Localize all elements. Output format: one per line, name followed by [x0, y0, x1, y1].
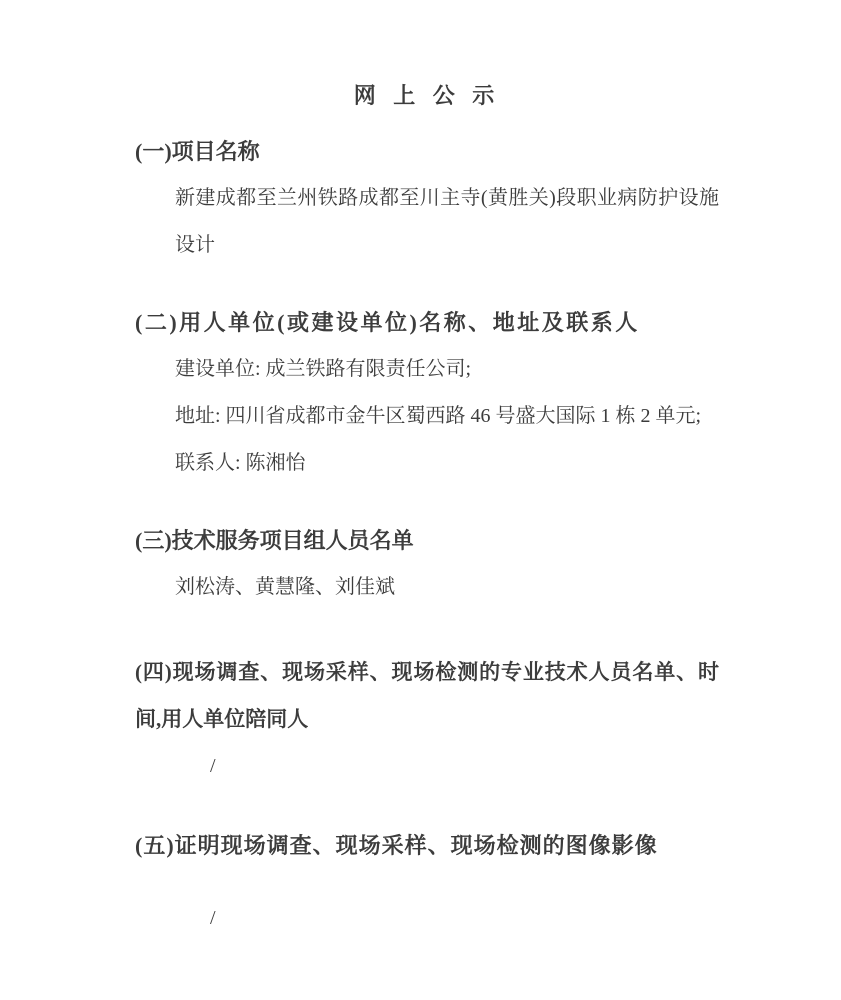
- section-employer-info: (二)用人单位(或建设单位)名称、地址及联系人 建设单位: 成兰铁路有限责任公司…: [135, 299, 719, 487]
- section-2-heading: (二)用人单位(或建设单位)名称、地址及联系人: [135, 299, 719, 346]
- section-field-images: (五)证明现场调查、现场采样、现场检测的图像影像 /: [135, 822, 719, 942]
- section-4-heading: (四)现场调查、现场采样、现场检测的专业技术人员名单、时间,用人单位陪同人: [135, 649, 719, 743]
- section-project-team: (三)技术服务项目组人员名单 刘松涛、黄慧隆、刘佳斌: [135, 517, 719, 611]
- section-5-heading: (五)证明现场调查、现场采样、现场检测的图像影像: [135, 822, 719, 869]
- project-name-text: 新建成都至兰州铁路成都至川主寺(黄胜关)段职业病防护设施设计: [175, 175, 719, 269]
- section-1-heading: (一)项目名称: [135, 128, 719, 175]
- section-project-name: (一)项目名称 新建成都至兰州铁路成都至川主寺(黄胜关)段职业病防护设施设计: [135, 128, 719, 269]
- address-text: 地址: 四川省成都市金牛区蜀西路 46 号盛大国际 1 栋 2 单元;: [175, 393, 719, 440]
- section-field-personnel: (四)现场调查、现场采样、现场检测的专业技术人员名单、时间,用人单位陪同人 /: [135, 649, 719, 790]
- section-4-placeholder-slash: /: [210, 743, 719, 790]
- team-members-text: 刘松涛、黄慧隆、刘佳斌: [175, 564, 719, 611]
- page-title: 网 上 公 示: [135, 76, 719, 116]
- section-5-placeholder-slash: /: [210, 895, 719, 942]
- construction-unit-text: 建设单位: 成兰铁路有限责任公司;: [175, 346, 719, 393]
- section-3-heading: (三)技术服务项目组人员名单: [135, 517, 719, 564]
- contact-person-text: 联系人: 陈湘怡: [175, 440, 719, 487]
- document-page: 网 上 公 示 (一)项目名称 新建成都至兰州铁路成都至川主寺(黄胜关)段职业病…: [0, 0, 841, 1000]
